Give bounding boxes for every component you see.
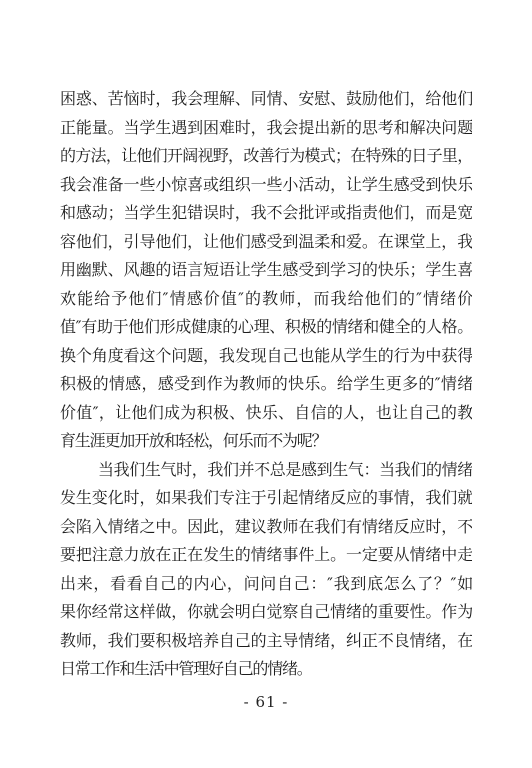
text-line: 正能量。当学生遇到困难时，我会提出新的思考和解决问题	[60, 114, 472, 143]
text-line: 和感动；当学生犯错误时，我不会批评或指责他们，而是宽	[60, 199, 472, 228]
text-line: 欢能给予他们″情感价值″的教师，而我给他们的″情绪价	[60, 285, 472, 314]
paragraph-1: 困惑、苦恼时，我会理解、同情、安慰、鼓励他们，给他们 正能量。当学生遇到困难时，…	[60, 85, 472, 456]
text-line: 积极的情感，感受到作为教师的快乐。给学生更多的″情绪	[60, 370, 472, 399]
text-line: 困惑、苦恼时，我会理解、同情、安慰、鼓励他们，给他们	[60, 85, 472, 114]
text-line: 要把注意力放在正在发生的情绪事件上。一定要从情绪中走	[60, 541, 472, 570]
text-line: 日常工作和生活中管理好自己的情绪。	[60, 655, 472, 684]
text-line: 用幽默、风趣的语言短语让学生感受到学习的快乐；学生喜	[60, 256, 472, 285]
page-number: - 61 -	[0, 693, 532, 711]
text-line: 的方法，让他们开阔视野，改善行为模式；在特殊的日子里，	[60, 142, 472, 171]
text-line: 出来，看看自己的内心，问问自己：″我到底怎么了？″如	[60, 570, 472, 599]
paragraph-2: 当我们生气时，我们并不总是感到生气：当我们的情绪 发生变化时，如果我们专注于引起…	[60, 456, 472, 684]
text-line: 当我们生气时，我们并不总是感到生气：当我们的情绪	[60, 456, 472, 485]
text-line: 换个角度看这个问题，我发现自己也能从学生的行为中获得	[60, 342, 472, 371]
document-page: 困惑、苦恼时，我会理解、同情、安慰、鼓励他们，给他们 正能量。当学生遇到困难时，…	[0, 0, 532, 768]
text-line: 价值″，让他们成为积极、快乐、自信的人，也让自己的教	[60, 399, 472, 428]
text-line: 值″有助于他们形成健康的心理、积极的情绪和健全的人格。	[60, 313, 472, 342]
body-text: 困惑、苦恼时，我会理解、同情、安慰、鼓励他们，给他们 正能量。当学生遇到困难时，…	[60, 85, 472, 684]
text-line: 会陷入情绪之中。因此，建议教师在我们有情绪反应时，不	[60, 513, 472, 542]
text-line: 育生涯更加开放和轻松，何乐而不为呢？	[60, 427, 472, 456]
text-line: 我会准备一些小惊喜或组织一些小活动，让学生感受到快乐	[60, 171, 472, 200]
text-line: 发生变化时，如果我们专注于引起情绪反应的事情，我们就	[60, 484, 472, 513]
text-line: 容他们，引导他们，让他们感受到温柔和爱。在课堂上，我	[60, 228, 472, 257]
text-line: 果你经常这样做，你就会明白觉察自己情绪的重要性。作为	[60, 598, 472, 627]
text-line: 教师，我们要积极培养自己的主导情绪，纠正不良情绪，在	[60, 627, 472, 656]
